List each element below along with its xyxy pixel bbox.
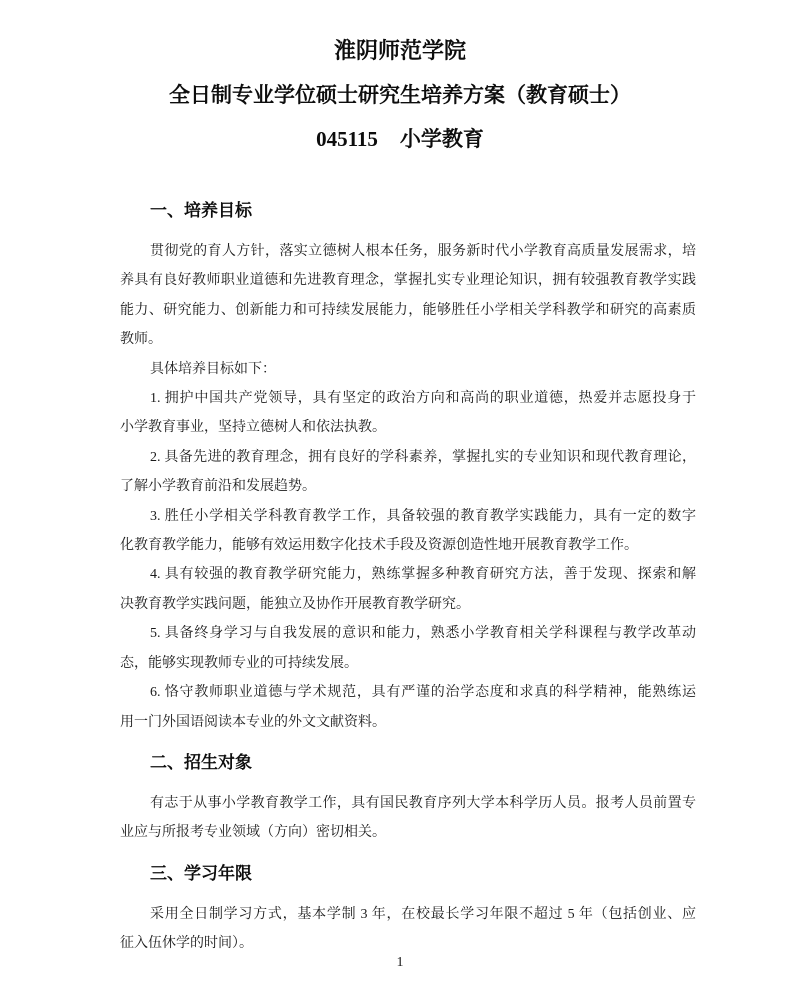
document-title: 淮阴师范学院	[0, 38, 800, 64]
page-number: 1	[0, 956, 800, 970]
section-heading: 三、学习年限	[120, 859, 696, 889]
body-line: 具体培养目标如下：	[120, 355, 696, 384]
program-name: 小学教育	[400, 127, 484, 151]
body-line: 教师。	[120, 325, 696, 354]
document-body: 一、培养目标贯彻党的育人方针，落实立德树人根本任务，服务新时代小学教育高质量发展…	[120, 196, 696, 959]
body-line: 3. 胜任小学相关学科教育教学工作，具备较强的教育教学实践能力，具有一定的数字	[120, 502, 696, 531]
body-line: 贯彻党的育人方针，落实立德树人根本任务，服务新时代小学教育高质量发展需求，培	[120, 237, 696, 266]
body-line: 决教育教学实践问题，能独立及协作开展教育教学研究。	[120, 590, 696, 619]
body-line: 4. 具有较强的教育教学研究能力，熟练掌握多种教育研究方法，善于发现、探索和解	[120, 560, 696, 589]
section-heading: 一、培养目标	[120, 196, 696, 226]
program-code: 045115	[316, 127, 378, 151]
body-line: 态，能够实现教师专业的可持续发展。	[120, 649, 696, 678]
body-line: 用一门外国语阅读本专业的外文文献资料。	[120, 708, 696, 737]
program-code-line: 045115小学教育	[0, 126, 800, 152]
body-line: 有志于从事小学教育教学工作，具有国民教育序列大学本科学历人员。报考人员前置专	[120, 789, 696, 818]
section: 二、招生对象有志于从事小学教育教学工作，具有国民教育序列大学本科学历人员。报考人…	[120, 748, 696, 848]
body-line: 6. 恪守教师职业道德与学术规范，具有严谨的治学态度和求真的科学精神，能熟练运	[120, 678, 696, 707]
body-line: 征入伍休学的时间）。	[120, 929, 696, 958]
body-line: 养具有良好教师职业道德和先进教育理念，掌握扎实专业理论知识，拥有较强教育教学实践	[120, 266, 696, 295]
body-line: 2. 具备先进的教育理念，拥有良好的学科素养，掌握扎实的专业知识和现代教育理论，	[120, 443, 696, 472]
body-line: 5. 具备终身学习与自我发展的意识和能力，熟悉小学教育相关学科课程与教学改革动	[120, 619, 696, 648]
body-line: 小学教育事业，坚持立德树人和依法执教。	[120, 413, 696, 442]
body-line: 采用全日制学习方式，基本学制 3 年，在校最长学习年限不超过 5 年（包括创业、…	[120, 900, 696, 929]
document-subtitle: 全日制专业学位硕士研究生培养方案（教育硕士）	[0, 83, 800, 109]
body-line: 化教育教学能力，能够有效运用数字化技术手段及资源创造性地开展教育教学工作。	[120, 531, 696, 560]
body-line: 了解小学教育前沿和发展趋势。	[120, 472, 696, 501]
document-page: 淮阴师范学院 全日制专业学位硕士研究生培养方案（教育硕士） 045115小学教育…	[0, 0, 800, 1000]
body-line: 1. 拥护中国共产党领导，具有坚定的政治方向和高尚的职业道德，热爱并志愿投身于	[120, 384, 696, 413]
body-line: 能力、研究能力、创新能力和可持续发展能力，能够胜任小学相关学科教学和研究的高素质	[120, 296, 696, 325]
section: 一、培养目标贯彻党的育人方针，落实立德树人根本任务，服务新时代小学教育高质量发展…	[120, 196, 696, 737]
section-heading: 二、招生对象	[120, 748, 696, 778]
section: 三、学习年限采用全日制学习方式，基本学制 3 年，在校最长学习年限不超过 5 年…	[120, 859, 696, 959]
body-line: 业应与所报考专业领域（方向）密切相关。	[120, 818, 696, 847]
